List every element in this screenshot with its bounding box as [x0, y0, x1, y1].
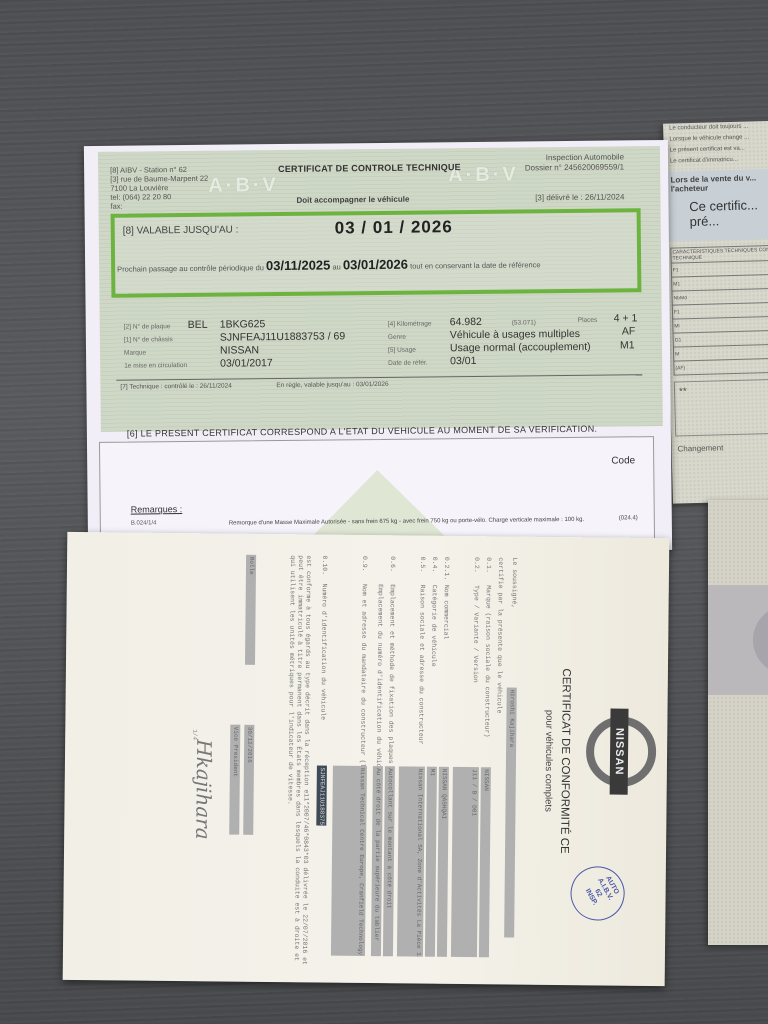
conformity-certificate: NISSAN AUTO A.I.B.V. 62 INSP. CERTIFICAT… [63, 532, 670, 986]
field-value: Autocollant sur le montant à côté droit [383, 766, 395, 956]
coc-header: NISSAN AUTO A.I.B.V. 62 INSP. CERTIFICAT… [524, 546, 668, 977]
aibv-logo: A·B·V [208, 174, 279, 198]
mileage: 64.982 [450, 316, 482, 328]
coc-fields: Le soussigné, Hiroshi Kajihara certifie … [514, 558, 518, 968]
date-value: 30/12/2016 [243, 725, 254, 835]
next-inspection: Prochain passage au contrôle périodique … [117, 255, 541, 274]
plate-number: 1BKG625 [220, 318, 266, 330]
certificate-top-section: A·B·V A·B·V [8] AIBV - Station n° 62 [3]… [98, 146, 663, 432]
field-value: Au côté droit de la partie supérieure du… [371, 766, 383, 956]
code-label: Code [611, 455, 635, 466]
second-document-partial [708, 500, 768, 945]
usage: Usage normal (accouplement) [450, 341, 591, 354]
next-from-date: 03/11/2025 [266, 257, 331, 273]
field-value: M1 [425, 767, 437, 957]
validity-box: [8] VALABLE JUSQU'AU : 03 / 01 / 2026 Pr… [111, 208, 642, 298]
chassis-number: SJNFEAJ11U1883753 / 69 [220, 330, 345, 343]
technical-table: CARACTÉRISTIQUES TECHNIQUES CONTRÔLE TEC… [670, 244, 768, 376]
sale-heading: Lors de la vente du v... l'acheteur [670, 173, 768, 194]
aibv-stamp: AUTO A.I.B.V. 62 INSP. [561, 857, 635, 931]
certificate-big-text: Ce certific... pré... [689, 196, 768, 229]
page-number: 1/4 [191, 729, 198, 740]
field-value: NISSAN [479, 767, 491, 957]
certificate-title: CERTIFICAT DE CONTROLE TECHNIQUE [278, 162, 461, 174]
controlled-on: [7] Technique : contrôlé le : 26/11/2024 [120, 383, 232, 391]
field-value: NISSAN QASHQAI [437, 767, 449, 957]
nissan-logo-icon: NISSAN [586, 716, 657, 787]
valid-until-label: [8] VALABLE JUSQU'AU : [123, 224, 239, 236]
conformity-content-rotated: NISSAN AUTO A.I.B.V. 62 INSP. CERTIFICAT… [64, 541, 668, 977]
coc-title: CERTIFICAT DE CONFORMITÉ CE [557, 546, 574, 976]
side-line: Le certificat d'immatricu... [664, 153, 768, 167]
next-to-date: 03/01/2026 [343, 257, 408, 273]
vehicle-genre: Véhicule à usages multiples [450, 328, 580, 341]
field-value: Nissan International SA, Zone d'Activité… [397, 766, 425, 956]
inspection-info: Inspection Automobile Dossier n° 2456200… [525, 152, 624, 173]
plate-country: BEL [188, 319, 208, 331]
field-value: Nissan Technical Centre Europe, Cranfiel… [331, 766, 367, 956]
vehicle-details: [2] N° de plaque BEL 1BKG625 [1] N° de c… [100, 308, 663, 424]
valid-until-date: 03 / 01 / 2026 [335, 217, 453, 238]
certificate-header: A·B·V A·B·V [8] AIBV - Station n° 62 [3]… [98, 146, 661, 214]
station-address: [8] AIBV - Station n° 62 [3] rue de Baum… [110, 165, 208, 211]
reference-date: 03/01 [450, 355, 476, 367]
remark-code: B.024/1/4 [131, 520, 157, 526]
first-registration: 03/01/2017 [220, 357, 273, 370]
remarks-label: Remarques : [131, 504, 183, 515]
position-value: Vice President [229, 725, 240, 835]
change-label: Changement [671, 437, 768, 457]
field-value: J11 / B / D01 [451, 767, 479, 957]
genre-code: AF [622, 325, 636, 337]
vin-value: SJNFEAJ11U1883753 [316, 765, 327, 825]
registration-certificate-partial: Le conducteur doit toujours ... Lorsque … [663, 120, 768, 503]
dossier-number: Dossier n° 245620069559/1 [525, 162, 624, 173]
stars-box: ** [674, 378, 768, 436]
valid-until-footer: En règle, valable jusqu'au : 03/01/2026 [276, 381, 388, 389]
sale-band: Lors de la vente du v... l'acheteur Ce c… [664, 168, 768, 241]
undersigned-value: Hiroshi Kajihara [504, 687, 517, 937]
delivered-date: [3] délivré le : 26/11/2024 [535, 192, 624, 202]
remark-ref: (024.4) [619, 515, 638, 521]
divider [116, 374, 642, 381]
seats: 4 + 1 [614, 312, 638, 324]
inspection-certificate: A·B·V A·B·V [8] AIBV - Station n° 62 [3]… [84, 140, 672, 556]
signature: Hkajihara [191, 739, 216, 840]
place-value: Rolle [245, 555, 256, 665]
must-accompany-note: Doit accompagner le véhicule [296, 195, 409, 205]
triangle-watermark-icon [305, 469, 450, 543]
usage-code: M1 [620, 339, 635, 351]
conformity-statement: est conforme à tous égards au type décri… [284, 555, 312, 965]
brand: NISSAN [220, 344, 259, 356]
coc-subtitle: pour véhicules complets [541, 546, 557, 976]
